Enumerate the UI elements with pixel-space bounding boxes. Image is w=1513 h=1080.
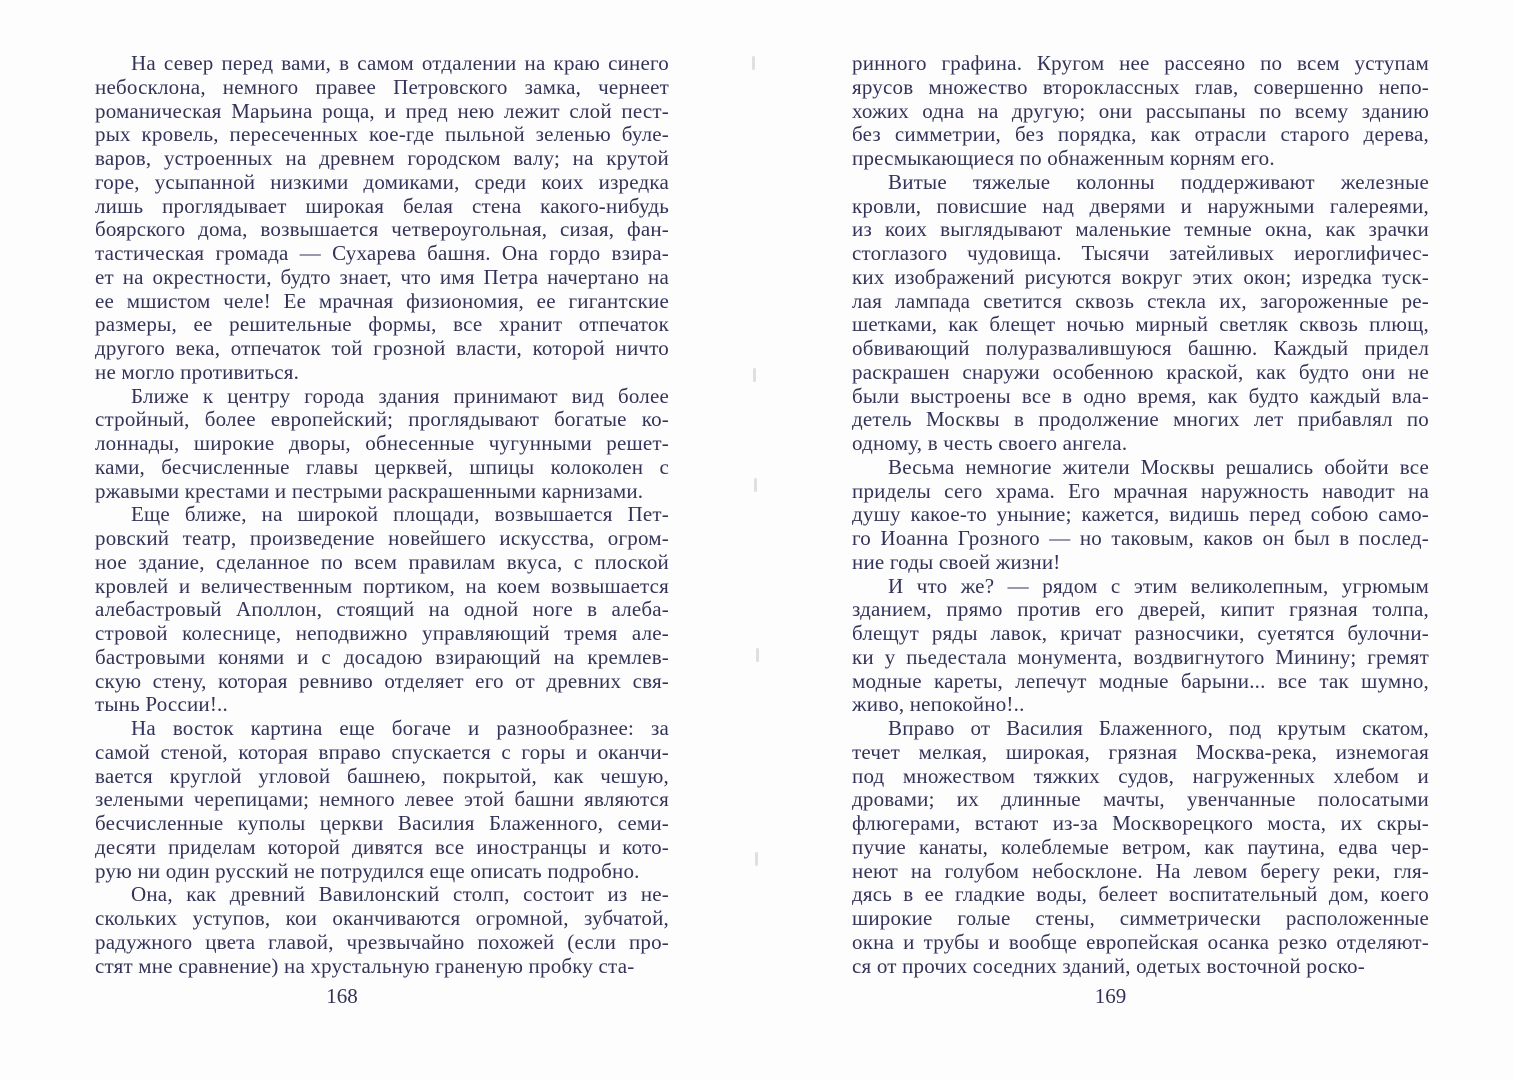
text-line: рых кровель, пересеченных кое-где пыльно… <box>95 123 669 147</box>
text-line: флюгерами, встают из-за Москворецкого мо… <box>852 812 1429 836</box>
text-line: На восток картина еще богаче и разнообра… <box>95 717 669 741</box>
text-line: без симметрии, без порядка, как отрасли … <box>852 123 1429 147</box>
text-line: вается круглой угловой башнею, покрытой,… <box>95 765 669 789</box>
text-line: ровский театр, произведение новейшего ис… <box>95 527 669 551</box>
page-number-right: 169 <box>822 984 1399 1009</box>
text-line: стровой колеснице, неподвижно управляющи… <box>95 622 669 646</box>
text-line: одному, в честь своего ангела. <box>852 432 1429 456</box>
text-line: не могло противиться. <box>95 361 669 385</box>
text-line: лоннады, широкие дворы, обнесенные чугун… <box>95 432 669 456</box>
text-line: бастровыми конями и с досадою взирающий … <box>95 646 669 670</box>
page-number-left: 168 <box>55 984 629 1009</box>
text-line: под множеством тяжких судов, нагруженных… <box>852 765 1429 789</box>
text-line: живо, непокойно!.. <box>852 693 1429 717</box>
text-line: На север перед вами, в самом отдалении н… <box>95 52 669 76</box>
text-line: Весьма немногие жители Москвы решались о… <box>852 456 1429 480</box>
text-line: десяти приделам которой дивятся все инос… <box>95 836 669 860</box>
text-line: стоглазого чудовища. Тысячи затейливых и… <box>852 242 1429 266</box>
text-line: раскрашен снаружи особенною краской, как… <box>852 361 1429 385</box>
scan-speck <box>756 648 759 662</box>
text-line: были выстроены все в одно время, как буд… <box>852 385 1429 409</box>
text-line: лая лампада светится сквозь стекла их, з… <box>852 290 1429 314</box>
text-line: горе, усыпанной низкими домиками, среди … <box>95 171 669 195</box>
text-line: ние годы своей жизни! <box>852 551 1429 575</box>
text-line: ки у пьедестала монумента, воздвигнутого… <box>852 646 1429 670</box>
book-spread: На север перед вами, в самом отдалении н… <box>0 0 1513 1080</box>
text-line: ее мшистом челе! Ее мрачная физиономия, … <box>95 290 669 314</box>
text-column-right: ринного графина. Кругом нее рассеяно по … <box>852 52 1429 978</box>
text-line: ких изображений рисуются вокруг этих око… <box>852 266 1429 290</box>
text-line: душу какое-то уныние; кажется, видишь пе… <box>852 503 1429 527</box>
text-line: Витые тяжелые колонны поддерживают желез… <box>852 171 1429 195</box>
text-line: другого века, отпечаток той грозной влас… <box>95 337 669 361</box>
text-line: небосклона, немного правее Петровского з… <box>95 76 669 100</box>
text-line: боярского дома, возвышается четвероуголь… <box>95 218 669 242</box>
text-line: ет на окрестности, будто знает, что имя … <box>95 266 669 290</box>
text-line: И что же? — рядом с этим великолепным, у… <box>852 575 1429 599</box>
text-line: стят мне сравнение) на хрустальную гране… <box>95 955 669 979</box>
text-line: блещут ряды лавок, кричат разносчики, су… <box>852 622 1429 646</box>
text-line: дровами; их длинные мачты, увенчанные по… <box>852 788 1429 812</box>
text-line: бесчисленные куполы церкви Василия Блаже… <box>95 812 669 836</box>
text-line: зданием, прямо против его дверей, кипит … <box>852 598 1429 622</box>
text-line: модные кареты, лепечут модные барыни... … <box>852 670 1429 694</box>
text-line: ся от прочих соседних зданий, одетых вос… <box>852 955 1429 979</box>
text-line: ринного графина. Кругом нее рассеяно по … <box>852 52 1429 76</box>
text-line: кровлей и величественным портиком, на ко… <box>95 575 669 599</box>
text-line: окна и трубы и вообще европейская осанка… <box>852 931 1429 955</box>
text-line: рую ни один русский не потрудился еще оп… <box>95 860 669 884</box>
text-line: ржавыми крестами и пестрыми раскрашенным… <box>95 480 669 504</box>
text-line: Она, как древний Вавилонский столп, сост… <box>95 883 669 907</box>
text-line: Еще ближе, на широкой площади, возвышает… <box>95 503 669 527</box>
text-line: пресмыкающиеся по обнаженным корням его. <box>852 147 1429 171</box>
text-line: пучие канаты, колеблемые ветром, как пау… <box>852 836 1429 860</box>
text-line: из коих выглядывают маленькие темные окн… <box>852 218 1429 242</box>
book-page-left: На север перед вами, в самом отдалении н… <box>95 0 669 1080</box>
text-line: романическая Марьина роща, и пред нею ле… <box>95 100 669 124</box>
text-line: алебастровый Аполлон, стоящий на одной н… <box>95 598 669 622</box>
text-line: варов, устроенных на древнем городском в… <box>95 147 669 171</box>
text-line: го Иоанна Грозного — но таковым, каков о… <box>852 527 1429 551</box>
text-line: обвивающий полуразвалившуюся башню. Кажд… <box>852 337 1429 361</box>
text-line: ками, бесчисленные главы церквей, шпицы … <box>95 456 669 480</box>
text-line: радужного цвета главой, чрезвычайно похо… <box>95 931 669 955</box>
text-line: зелеными черепицами; немного левее этой … <box>95 788 669 812</box>
text-line: ное здание, сделанное по всем правилам в… <box>95 551 669 575</box>
text-column-left: На север перед вами, в самом отдалении н… <box>95 52 669 978</box>
text-line: размеры, ее решительные формы, все храни… <box>95 313 669 337</box>
book-page-right: ринного графина. Кругом нее рассеяно по … <box>852 0 1429 1080</box>
text-line: кровли, повисшие над дверями и наружными… <box>852 195 1429 219</box>
text-line: лишь проглядывает широкая белая стена ка… <box>95 195 669 219</box>
text-line: неют на голубом небосклоне. На левом бер… <box>852 860 1429 884</box>
scan-speck <box>755 852 758 866</box>
text-line: широкие голые стены, симметрически распо… <box>852 907 1429 931</box>
text-line: тынь России!.. <box>95 693 669 717</box>
text-line: Ближе к центру города здания принимают в… <box>95 385 669 409</box>
scan-speck <box>754 478 757 492</box>
text-line: детель Москвы в продолжение многих лет п… <box>852 408 1429 432</box>
text-line: шетками, как блещет ночью мирный светляк… <box>852 313 1429 337</box>
text-line: ярусов множество второклассных глав, сов… <box>852 76 1429 100</box>
text-line: самой стеной, которая вправо спускается … <box>95 741 669 765</box>
text-line: скую стену, которая ревниво отделяет его… <box>95 670 669 694</box>
text-line: течет мелкая, широкая, грязная Москва-ре… <box>852 741 1429 765</box>
text-line: тастическая громада — Сухарева башня. Он… <box>95 242 669 266</box>
text-line: приделы сего храма. Его мрачная наружнос… <box>852 480 1429 504</box>
scan-speck <box>753 368 756 382</box>
scan-speck <box>752 56 755 70</box>
text-line: хожих одна на другую; они рассыпаны по в… <box>852 100 1429 124</box>
text-line: скольких уступов, кои оканчиваются огром… <box>95 907 669 931</box>
text-line: Вправо от Василия Блаженного, под крутым… <box>852 717 1429 741</box>
text-line: стройный, более европейский; проглядываю… <box>95 408 669 432</box>
text-line: дясь в ее гладкие воды, белеет воспитате… <box>852 883 1429 907</box>
